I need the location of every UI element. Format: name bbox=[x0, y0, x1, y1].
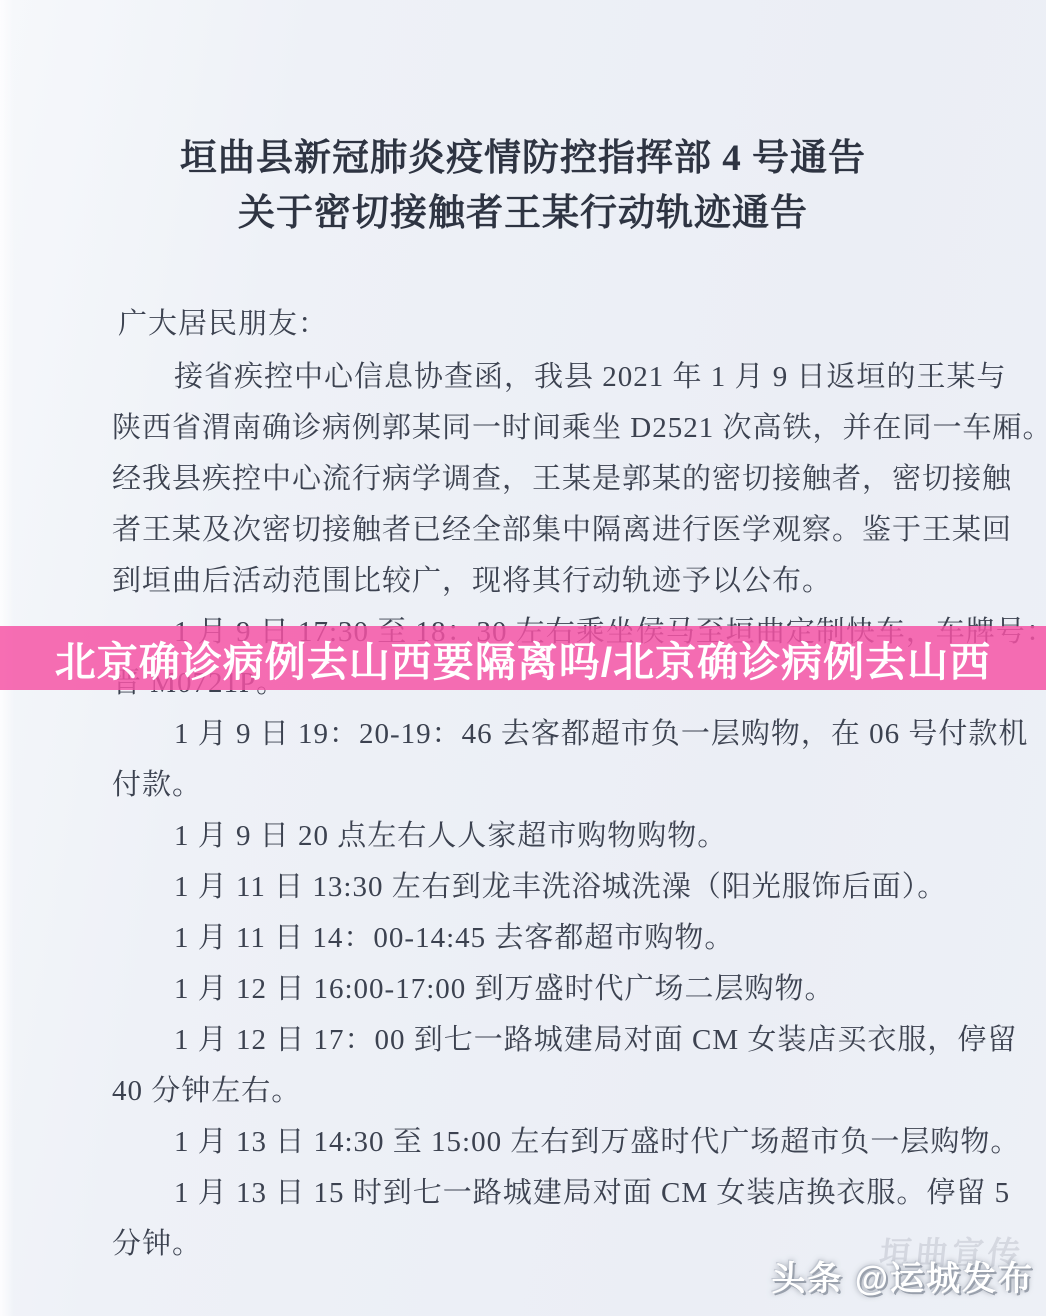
notice-title: 垣曲县新冠肺炎疫情防控指挥部 4 号通告 关于密切接触者王某行动轨迹通告 bbox=[0, 131, 1046, 241]
document-line: 者王某及次密切接触者已经全部集中隔离进行医学观察。鉴于王某回 bbox=[112, 505, 996, 556]
document-line: 1 月 9 日 19：20-19：46 去客都超市负一层购物，在 06 号付款机 bbox=[112, 709, 996, 760]
document-line: 1 月 9 日 20 点左右人人家超市购物购物。 bbox=[112, 811, 996, 862]
document-line: 40 分钟左右。 bbox=[112, 1066, 996, 1117]
salutation: 广大居民朋友： bbox=[118, 301, 328, 342]
document-body: 接省疾控中心信息协查函，我县 2021 年 1 月 9 日返垣的王某与陕西省渭南… bbox=[112, 352, 996, 1270]
photographed-notice-page: 垣曲县新冠肺炎疫情防控指挥部 4 号通告 关于密切接触者王某行动轨迹通告 广大居… bbox=[0, 0, 1046, 1316]
document-line: 1 月 12 日 16:00-17:00 到万盛时代广场二层购物。 bbox=[112, 964, 996, 1015]
document-line: 到垣曲后活动范围比较广，现将其行动轨迹予以公布。 bbox=[112, 556, 996, 607]
document-line: 1 月 11 日 13:30 左右到龙丰洗浴城洗澡（阳光服饰后面）。 bbox=[112, 862, 996, 913]
notice-title-line2: 关于密切接触者王某行动轨迹通告 bbox=[0, 186, 1046, 241]
document-line: 1 月 13 日 15 时到七一路城建局对面 CM 女装店换衣服。停留 5 bbox=[112, 1168, 996, 1219]
overlay-caption-text: 北京确诊病例去山西要隔离吗/北京确诊病例去山西 bbox=[55, 629, 991, 688]
document-line: 经我县疾控中心流行病学调查，王某是郭某的密切接触者，密切接触 bbox=[112, 454, 996, 505]
overlay-caption-banner: 北京确诊病例去山西要隔离吗/北京确诊病例去山西 bbox=[0, 626, 1046, 690]
document-line: 1 月 13 日 14:30 至 15:00 左右到万盛时代广场超市负一层购物。 bbox=[112, 1117, 996, 1168]
toutiao-watermark: 头条 @运城发布 bbox=[771, 1260, 1034, 1298]
document-line: 付款。 bbox=[112, 760, 996, 811]
document-line: 1 月 12 日 17：00 到七一路城建局对面 CM 女装店买衣服，停留 bbox=[112, 1015, 996, 1066]
notice-title-line1: 垣曲县新冠肺炎疫情防控指挥部 4 号通告 bbox=[0, 131, 1046, 186]
document-line: 陕西省渭南确诊病例郭某同一时间乘坐 D2521 次高铁，并在同一车厢。 bbox=[112, 403, 996, 454]
document-line: 1 月 11 日 14：00-14:45 去客都超市购物。 bbox=[112, 913, 996, 964]
watermark-group: 垣曲宣传 头条 @运城发布 bbox=[771, 1251, 1034, 1300]
document-line: 接省疾控中心信息协查函，我县 2021 年 1 月 9 日返垣的王某与 bbox=[112, 352, 996, 403]
